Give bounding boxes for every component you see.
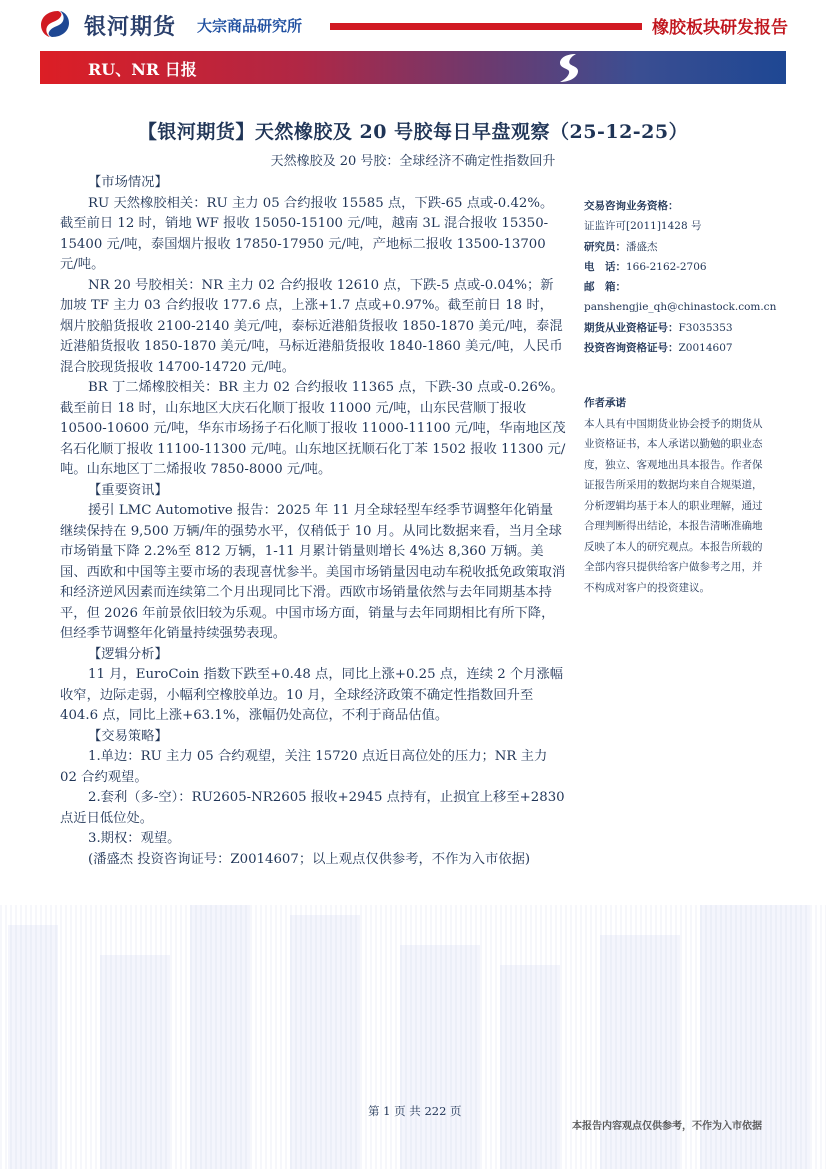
qualification-value: 证监许可[2011]1428 号 (584, 220, 701, 232)
commitment-title: 作者承诺 (584, 393, 768, 414)
researcher-name: 潘盛杰 (626, 241, 658, 253)
analyst-info-sidebar: 交易咨询业务资格： 证监许可[2011]1428 号 研究员：潘盛杰 电 话：1… (584, 196, 774, 358)
page-header: 银河期货 大宗商品研究所 橡胶板块研发报告 (0, 0, 826, 50)
paragraph-logic: 11 月，EuroCoin 指数下跌至+0.48 点，同比上涨+0.25 点，连… (60, 665, 566, 727)
author-note: (潘盛杰 投资咨询证号：Z0014607；以上观点仅供参考，不作为入市依据) (60, 850, 566, 871)
section-heading-market: 【市场情况】 (88, 173, 566, 194)
page-number: 第 1 页 共 222 页 (368, 1103, 462, 1119)
advisory-cert-label: 投资咨询资格证号： (584, 342, 679, 354)
advisory-cert-value: Z0014607 (679, 342, 733, 354)
banner-title: RU、NR 日报 (88, 57, 197, 80)
email-label: 邮 箱： (584, 281, 626, 293)
report-type-label: 橡胶板块研发报告 (652, 13, 788, 38)
header-divider (330, 23, 642, 30)
swoosh-logo-icon (548, 52, 588, 84)
section-heading-news: 【重要资讯】 (88, 481, 566, 502)
galaxy-logo-icon (38, 9, 72, 39)
footer-disclaimer: 本报告内容观点仅供参考，不作为入市依据 (572, 1117, 762, 1132)
phone-value: 166-2162-2706 (626, 261, 707, 273)
author-commitment: 作者承诺 本人具有中国期货业协会授予的期货从业资格证书，本人承诺以勤勉的职业态度… (584, 393, 768, 598)
section-heading-logic: 【逻辑分析】 (88, 645, 566, 666)
brand-department: 大宗商品研究所 (197, 15, 302, 36)
futures-cert-value: F3035353 (679, 322, 733, 334)
document-subtitle: 天然橡胶及 20 号胶：全球经济不确定性指数回升 (0, 150, 826, 169)
commitment-text: 本人具有中国期货业协会授予的期货从业资格证书，本人承诺以勤勉的职业态度，独立、客… (584, 414, 768, 599)
researcher-label: 研究员： (584, 241, 626, 253)
strategy-options: 3.期权：观望。 (60, 829, 566, 850)
strategy-unilateral: 1.单边：RU 主力 05 合约观望，关注 15720 点近日高位处的压力；NR… (60, 747, 566, 788)
futures-cert-label: 期货从业资格证号： (584, 322, 679, 334)
paragraph-br: BR 丁二烯橡胶相关：BR 主力 02 合约报收 11365 点，下跌-30 点… (60, 378, 566, 481)
phone-label: 电 话： (584, 261, 626, 273)
report-banner: RU、NR 日报 (40, 51, 786, 84)
strategy-arbitrage: 2.套利（多-空）：RU2605-NR2605 报收+2945 点持有，止损宜上… (60, 788, 566, 829)
qualification-label: 交易咨询业务资格： (584, 200, 679, 212)
paragraph-ru: RU 天然橡胶相关：RU 主力 05 合约报收 15585 点，下跌-65 点或… (60, 194, 566, 276)
paragraph-nr: NR 20 号胶相关：NR 主力 02 合约报收 12610 点，下跌-5 点或… (60, 276, 566, 379)
report-body: 【市场情况】 RU 天然橡胶相关：RU 主力 05 合约报收 15585 点，下… (88, 173, 566, 870)
document-title: 【银河期货】天然橡胶及 20 号胶每日早盘观察（25-12-25） (0, 117, 826, 144)
brand-name: 银河期货 (84, 10, 176, 41)
paragraph-news: 援引 LMC Automotive 报告：2025 年 11 月全球轻型车经季节… (60, 501, 566, 645)
email-link[interactable]: panshengjie_qh@chinastock.com.cn (584, 301, 776, 313)
section-heading-strategy: 【交易策略】 (88, 727, 566, 748)
